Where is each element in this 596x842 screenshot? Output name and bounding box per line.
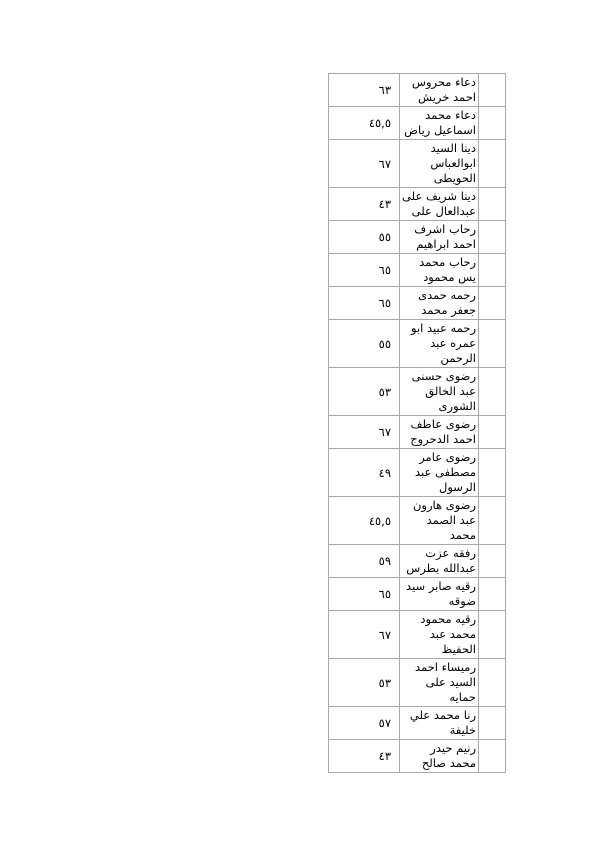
grade-cell: ٦٥ [329,287,400,320]
student-name-cell: رنا محمد علي خليفة [400,707,479,740]
grade-cell: ٥٩ [329,545,400,578]
grade-cell: ٥٣ [329,659,400,707]
serial-cell [479,545,506,578]
student-name-cell: رضوى حسنى عبد الخالق الشورى [400,368,479,416]
table-row: رحاب اشرف احمد ابراهيم٥٥ [329,221,506,254]
table-row: دينا شريف على عبدالعال على٤٣ [329,188,506,221]
document-page: دعاء محروس احمد خريش٦٣دعاء محمد اسماعيل … [0,0,596,842]
serial-cell [479,74,506,107]
grade-cell: ٤٥,٥ [329,107,400,140]
grade-cell: ٥٥ [329,221,400,254]
serial-cell [479,287,506,320]
grade-cell: ٤٣ [329,740,400,773]
grade-cell: ٤٩ [329,449,400,497]
grade-cell: ٥٣ [329,368,400,416]
student-name-cell: رحاب محمد يس محمود [400,254,479,287]
serial-cell [479,659,506,707]
table-row: رضوى حسنى عبد الخالق الشورى٥٣ [329,368,506,416]
table-row: دينا السيد ابوالعباس الحويطى٦٧ [329,140,506,188]
student-name-cell: رضوى عامر مصطفى عبد الرسول [400,449,479,497]
grade-cell: ٦٧ [329,140,400,188]
table-row: رقيه صابر سيد ضوقه٦٥ [329,578,506,611]
grade-cell: ٦٧ [329,416,400,449]
student-name-cell: رفقه عزت عبدالله بطرس [400,545,479,578]
student-name-cell: رميساء احمد السيد على حمايه [400,659,479,707]
serial-cell [479,188,506,221]
serial-cell [479,221,506,254]
student-name-cell: رحمه عبيد ابو عمره عبد الرحمن [400,320,479,368]
grade-cell: ٦٧ [329,611,400,659]
grade-cell: ٦٣ [329,74,400,107]
serial-cell [479,497,506,545]
serial-cell [479,611,506,659]
table-row: دعاء محمد اسماعيل رياض٤٥,٥ [329,107,506,140]
students-table: دعاء محروس احمد خريش٦٣دعاء محمد اسماعيل … [328,73,506,773]
student-name-cell: رقيه محمود محمد عبد الحفيظ [400,611,479,659]
grade-cell: ٤٥,٥ [329,497,400,545]
students-table-body: دعاء محروس احمد خريش٦٣دعاء محمد اسماعيل … [329,74,506,773]
student-name-cell: دينا شريف على عبدالعال على [400,188,479,221]
table-row: رضوى عامر مصطفى عبد الرسول٤٩ [329,449,506,497]
table-row: رميساء احمد السيد على حمايه٥٣ [329,659,506,707]
table-row: رحاب محمد يس محمود٦٥ [329,254,506,287]
grade-cell: ٦٥ [329,578,400,611]
student-name-cell: رحمه حمدى جعفر محمد [400,287,479,320]
student-name-cell: دعاء محمد اسماعيل رياض [400,107,479,140]
table-row: رنا محمد علي خليفة٥٧ [329,707,506,740]
serial-cell [479,254,506,287]
student-name-cell: رنيم حيدر محمد صالح [400,740,479,773]
table-row: رنيم حيدر محمد صالح٤٣ [329,740,506,773]
table-row: دعاء محروس احمد خريش٦٣ [329,74,506,107]
grade-cell: ٦٥ [329,254,400,287]
grade-cell: ٥٥ [329,320,400,368]
serial-cell [479,107,506,140]
serial-cell [479,320,506,368]
serial-cell [479,740,506,773]
table-row: رحمه حمدى جعفر محمد٦٥ [329,287,506,320]
grade-cell: ٤٣ [329,188,400,221]
student-name-cell: رحاب اشرف احمد ابراهيم [400,221,479,254]
table-row: رضوى عاطف احمد الدحروج٦٧ [329,416,506,449]
table-row: رفقه عزت عبدالله بطرس٥٩ [329,545,506,578]
student-name-cell: رضوى هارون عبد الصمد محمد [400,497,479,545]
serial-cell [479,707,506,740]
serial-cell [479,416,506,449]
student-name-cell: دعاء محروس احمد خريش [400,74,479,107]
grade-cell: ٥٧ [329,707,400,740]
serial-cell [479,368,506,416]
table-row: رضوى هارون عبد الصمد محمد٤٥,٥ [329,497,506,545]
student-name-cell: رقيه صابر سيد ضوقه [400,578,479,611]
serial-cell [479,140,506,188]
table-row: رحمه عبيد ابو عمره عبد الرحمن٥٥ [329,320,506,368]
serial-cell [479,449,506,497]
student-name-cell: دينا السيد ابوالعباس الحويطى [400,140,479,188]
student-name-cell: رضوى عاطف احمد الدحروج [400,416,479,449]
table-row: رقيه محمود محمد عبد الحفيظ٦٧ [329,611,506,659]
serial-cell [479,578,506,611]
